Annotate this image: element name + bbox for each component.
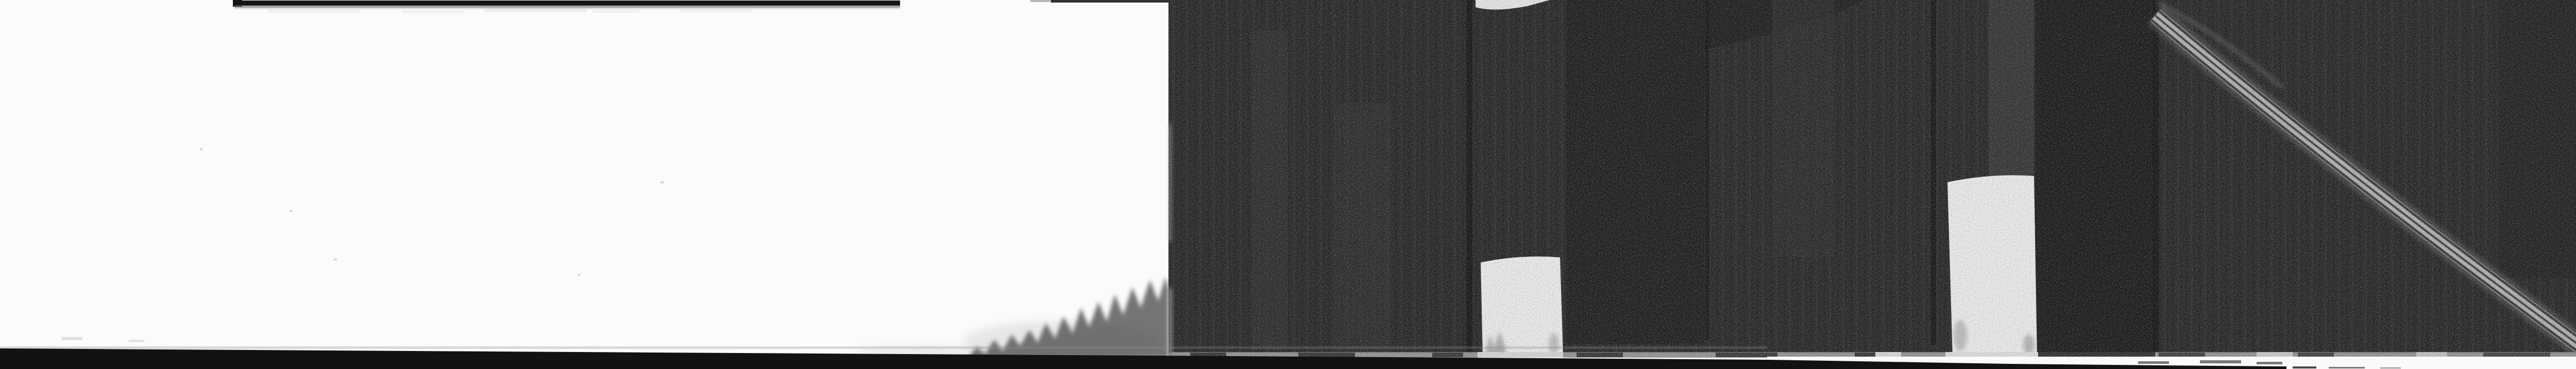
- ghost-smudge: [592, 10, 639, 13]
- grain-dark-speckle: [1168, 0, 2576, 357]
- ghost-smudge: [268, 9, 361, 13]
- bottom-border-speck: [2138, 361, 2169, 364]
- bottom-border-speck: [2200, 360, 2241, 363]
- bottom-border-ragged-end: [2329, 367, 2365, 368]
- bottom-border-ragged-end: [2380, 367, 2401, 368]
- scanned-photo-page: [0, 0, 2576, 369]
- paper-smudge: [129, 340, 144, 342]
- halftone-grain: [1168, 0, 2576, 357]
- bottom-border-soft-edge: [0, 346, 1767, 349]
- ghost-smudge: [402, 10, 464, 13]
- paper-speck: [660, 181, 664, 183]
- top-border-thin-fade: [1030, 0, 1053, 2]
- ghost-smudge: [680, 9, 752, 12]
- paper-smudge: [62, 337, 82, 340]
- photo-region: [1167, 0, 2576, 362]
- paper-speck: [290, 210, 292, 212]
- top-border-thin: [1051, 0, 1168, 3]
- bottom-border-ragged-end: [2293, 366, 2316, 368]
- top-border-bar: [234, 1, 900, 6]
- paper-speck: [578, 274, 581, 276]
- bottom-border-speck: [2257, 362, 2282, 364]
- photo-scene: [0, 0, 2576, 369]
- paper-speck: [334, 258, 337, 260]
- top-border-fade: [234, 7, 900, 9]
- paper-speck: [200, 148, 203, 150]
